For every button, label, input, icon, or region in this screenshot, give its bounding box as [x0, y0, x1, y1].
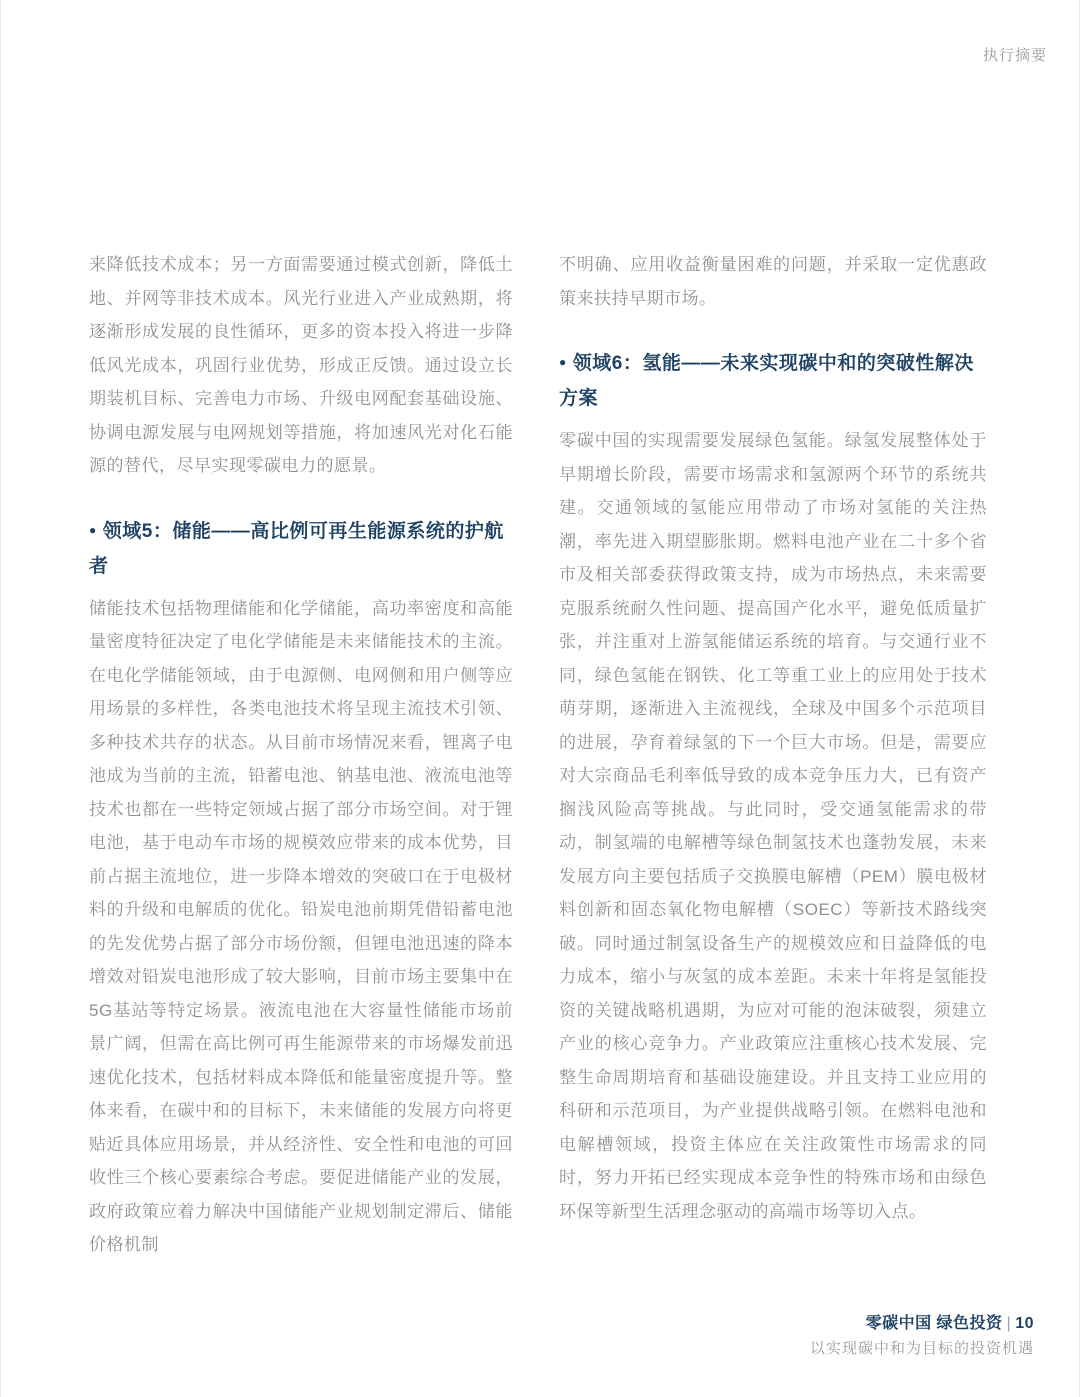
- body-paragraph: 零碳中国的实现需要发展绿色氢能。绿氢发展整体处于早期增长阶段，需要市场需求和氢源…: [559, 424, 987, 1228]
- body-paragraph: 不明确、应用收益衡量困难的问题，并采取一定优惠政策来扶持早期市场。: [559, 248, 987, 315]
- footer-title-line: 零碳中国 绿色投资|10: [810, 1310, 1034, 1333]
- right-column: 不明确、应用收益衡量困难的问题，并采取一定优惠政策来扶持早期市场。 ●领域6：氢…: [559, 248, 987, 1228]
- section-heading-6: ●领域6：氢能——未来实现碳中和的突破性解决方案: [559, 345, 987, 416]
- body-paragraph: 来降低技术成本；另一方面需要通过模式创新，降低土地、并网等非技术成本。风光行业进…: [89, 248, 513, 483]
- footer-page-number: 10: [1015, 1315, 1034, 1332]
- bullet-icon: ●: [559, 345, 567, 380]
- bullet-icon: ●: [89, 513, 97, 548]
- footer-separator: |: [1003, 1315, 1016, 1332]
- section-heading-6-label: 领域6：氢能——未来实现碳中和的突破性解决方案: [559, 353, 974, 409]
- footer-report-title: 零碳中国 绿色投资: [866, 1315, 1003, 1332]
- footer-subtitle: 以实现碳中和为目标的投资机遇: [810, 1337, 1034, 1358]
- section-heading-5: ●领域5：储能——高比例可再生能源系统的护航者: [89, 513, 513, 584]
- page-footer: 零碳中国 绿色投资|10 以实现碳中和为目标的投资机遇: [810, 1310, 1034, 1358]
- body-paragraph: 储能技术包括物理储能和化学储能，高功率密度和高能量密度特征决定了电化学储能是未来…: [89, 592, 513, 1262]
- left-column: 来降低技术成本；另一方面需要通过模式创新，降低土地、并网等非技术成本。风光行业进…: [89, 248, 513, 1262]
- running-header: 执行摘要: [983, 44, 1047, 65]
- section-heading-5-label: 领域5：储能——高比例可再生能源系统的护航者: [89, 521, 504, 577]
- report-page: 执行摘要 来降低技术成本；另一方面需要通过模式创新，降低土地、并网等非技术成本。…: [0, 0, 1080, 1397]
